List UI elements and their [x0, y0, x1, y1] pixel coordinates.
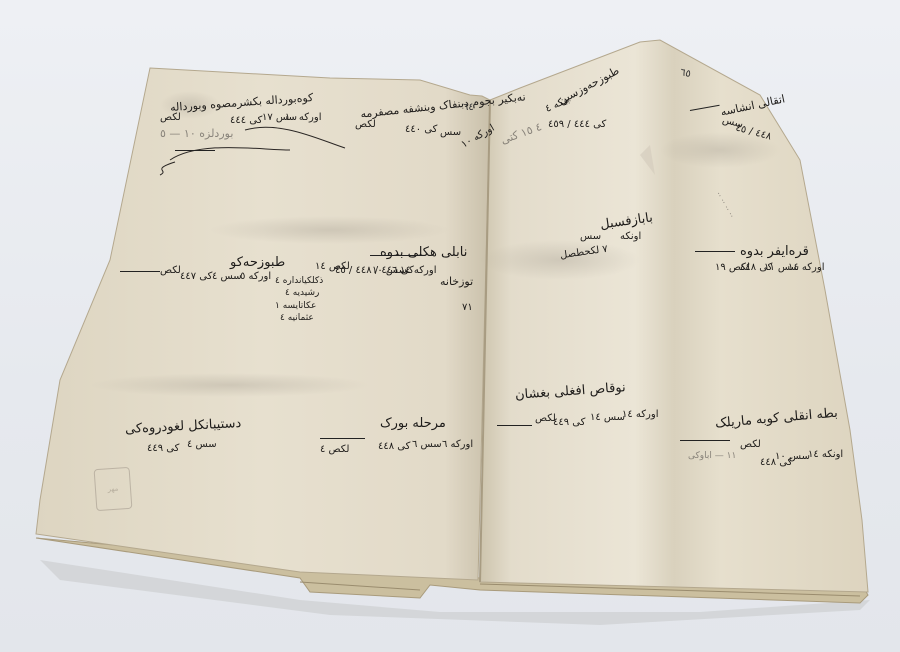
entry-value: لکص ٤	[320, 445, 349, 455]
entry-value: کی ٤٤٠	[405, 125, 437, 135]
underline	[175, 150, 215, 151]
entry-value: اورکه ٥	[240, 272, 271, 282]
underline	[497, 425, 532, 426]
entry-value: لکص	[160, 266, 181, 276]
entry-value: سس ٤	[187, 440, 217, 450]
underline	[120, 271, 160, 272]
entry-value: اورکه ١٤	[622, 410, 659, 420]
entry-header: مرحله بورک	[380, 417, 446, 430]
photo-scene: ٦٤ ٦٥ کوه‌بورداله بکشرمصوه وبورداله لکص …	[0, 0, 900, 652]
entry-value: سس ١٤	[590, 413, 625, 423]
entry-value: کی ٤٤٨	[760, 458, 792, 468]
entry-extra: عثمانیه ٤	[280, 314, 314, 323]
entry-note: بوردلزه ١٠ — ٥	[160, 128, 233, 139]
entry-header: قره‌ایفر بدوه	[740, 245, 809, 258]
entry-subheader: توزخانه	[440, 276, 473, 287]
underline	[695, 251, 735, 252]
entry-value: کی ٤٤٨	[378, 442, 410, 452]
entry-value: سس ٤	[212, 272, 242, 282]
right-page-number: ٦٥	[679, 67, 692, 80]
entry-value: کی ٤٤٤	[230, 116, 262, 126]
entry-extra: ٧١	[462, 303, 473, 313]
entry-value: اونکه	[620, 232, 641, 242]
entry-value: لکص	[740, 440, 761, 450]
entry-extra: ذکلکیانداره ٤	[275, 277, 323, 286]
entry-value: اورکه ٦	[442, 440, 473, 450]
entry-value: لکص	[160, 113, 181, 123]
entry-value: اورکه ١٠	[285, 113, 322, 123]
entry-extra: رشیدیه ٤	[285, 289, 319, 298]
underline	[680, 440, 730, 441]
entry-value: لکص ١٤	[315, 262, 350, 272]
entry-value: کی ٤٤٤ / ٤٥٩	[548, 120, 606, 130]
entry-value: کی ٤٤٩	[553, 418, 585, 428]
entry-header: نابلی هکلی بدوه	[380, 246, 467, 259]
entry-value: لکص ١٩	[715, 263, 750, 273]
entry-value: سس	[580, 232, 601, 242]
entry-value: لکص	[535, 414, 556, 424]
entry-header: طبوزحه‌کو	[230, 256, 285, 269]
entry-value: سس ٦	[412, 440, 442, 450]
underline	[370, 255, 425, 256]
entry-value: کی ٤٤٧	[180, 272, 212, 282]
entry-note: ١١ — اباوکی	[688, 452, 736, 461]
entry-value: لکص	[355, 120, 376, 130]
underline	[320, 438, 365, 439]
entry-value: سس	[440, 128, 461, 138]
entry-value: کی ٤٤٩	[147, 444, 179, 454]
entry-value: اونکه ١٤	[808, 450, 843, 460]
library-stamp: مهر	[94, 467, 133, 511]
entry-extra: عکاتایسه ١	[275, 302, 316, 311]
